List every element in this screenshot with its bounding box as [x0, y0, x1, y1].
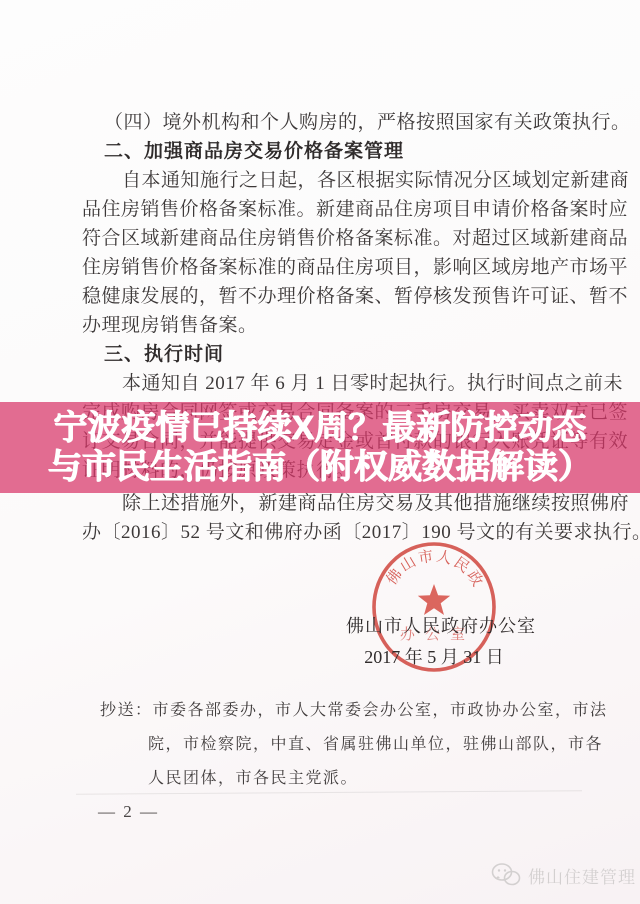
watermark: 佛山住建管理 [490, 860, 636, 890]
document-line: （四）境外机构和个人购房的，严格按照国家有关政策执行。 [82, 108, 590, 137]
issue-date: 2017 年 5 月 31 日 [356, 643, 512, 669]
headline-line-1: 宁波疫情已持续X周？最新防控动态 [0, 409, 640, 448]
cc-line: 抄送：市委各部委办，市人大常委会办公室，市政协办公室，市法 [100, 694, 600, 728]
document-line: 本通知自 2017 年 6 月 1 日零时起执行。执行时间点之前未 [82, 369, 590, 398]
issuing-office: 佛山市人民政府办公室 [346, 612, 522, 638]
seal-star-icon [418, 584, 450, 615]
document-line: 符合区域新建商品住房销售价格备案标准。对超过区域新建商品 [82, 224, 590, 253]
document-line: 三、执行时间 [82, 340, 590, 369]
document-line: 品住房销售价格备案标准。新建商品住房项目申请价格备案时应 [82, 195, 590, 224]
wechat-icon [490, 862, 522, 888]
document-line: 二、加强商品房交易价格备案管理 [82, 137, 590, 166]
document-line: 办〔2016〕52 号文和佛府办函〔2017〕190 号文的有关要求执行。 [82, 518, 590, 547]
document-line: 自本通知施行之日起，各区根据实际情况分区域划定新建商 [82, 166, 590, 195]
watermark-label: 佛山住建管理 [528, 863, 636, 888]
document-line: 住房销售价格备案标准的商品住房项目，影响区域房地产市场平 [82, 253, 590, 282]
seal-arc-text: 佛山市人民政府 [368, 540, 487, 591]
document-closing-paragraph: 除上述措施外，新建商品住房交易及其他措施继续按照佛府办〔2016〕52 号文和佛… [82, 489, 590, 547]
page-number: — 2 — [98, 802, 159, 822]
document-line: 办理现房销售备案。 [82, 311, 590, 340]
headline-overlay-banner: 宁波疫情已持续X周？最新防控动态 与市民生活指南（附权威数据解读） [0, 402, 640, 493]
document-line: 除上述措施外，新建商品住房交易及其他措施继续按照佛府 [82, 489, 590, 518]
document-line: 稳健康发展的，暂不办理价格备案、暂停核发预售许可证、暂不 [82, 282, 590, 311]
headline-line-2: 与市民生活指南（附权威数据解读） [0, 448, 640, 487]
cc-line: 院，市检察院，中直、省属驻佛山单位，驻佛山部队，市各 [100, 728, 600, 762]
cc-list: 抄送：市委各部委办，市人大常委会办公室，市政协办公室，市法院，市检察院，中直、省… [100, 694, 600, 796]
scanned-document-page: （四）境外机构和个人购房的，严格按照国家有关政策执行。二、加强商品房交易价格备案… [0, 0, 640, 904]
